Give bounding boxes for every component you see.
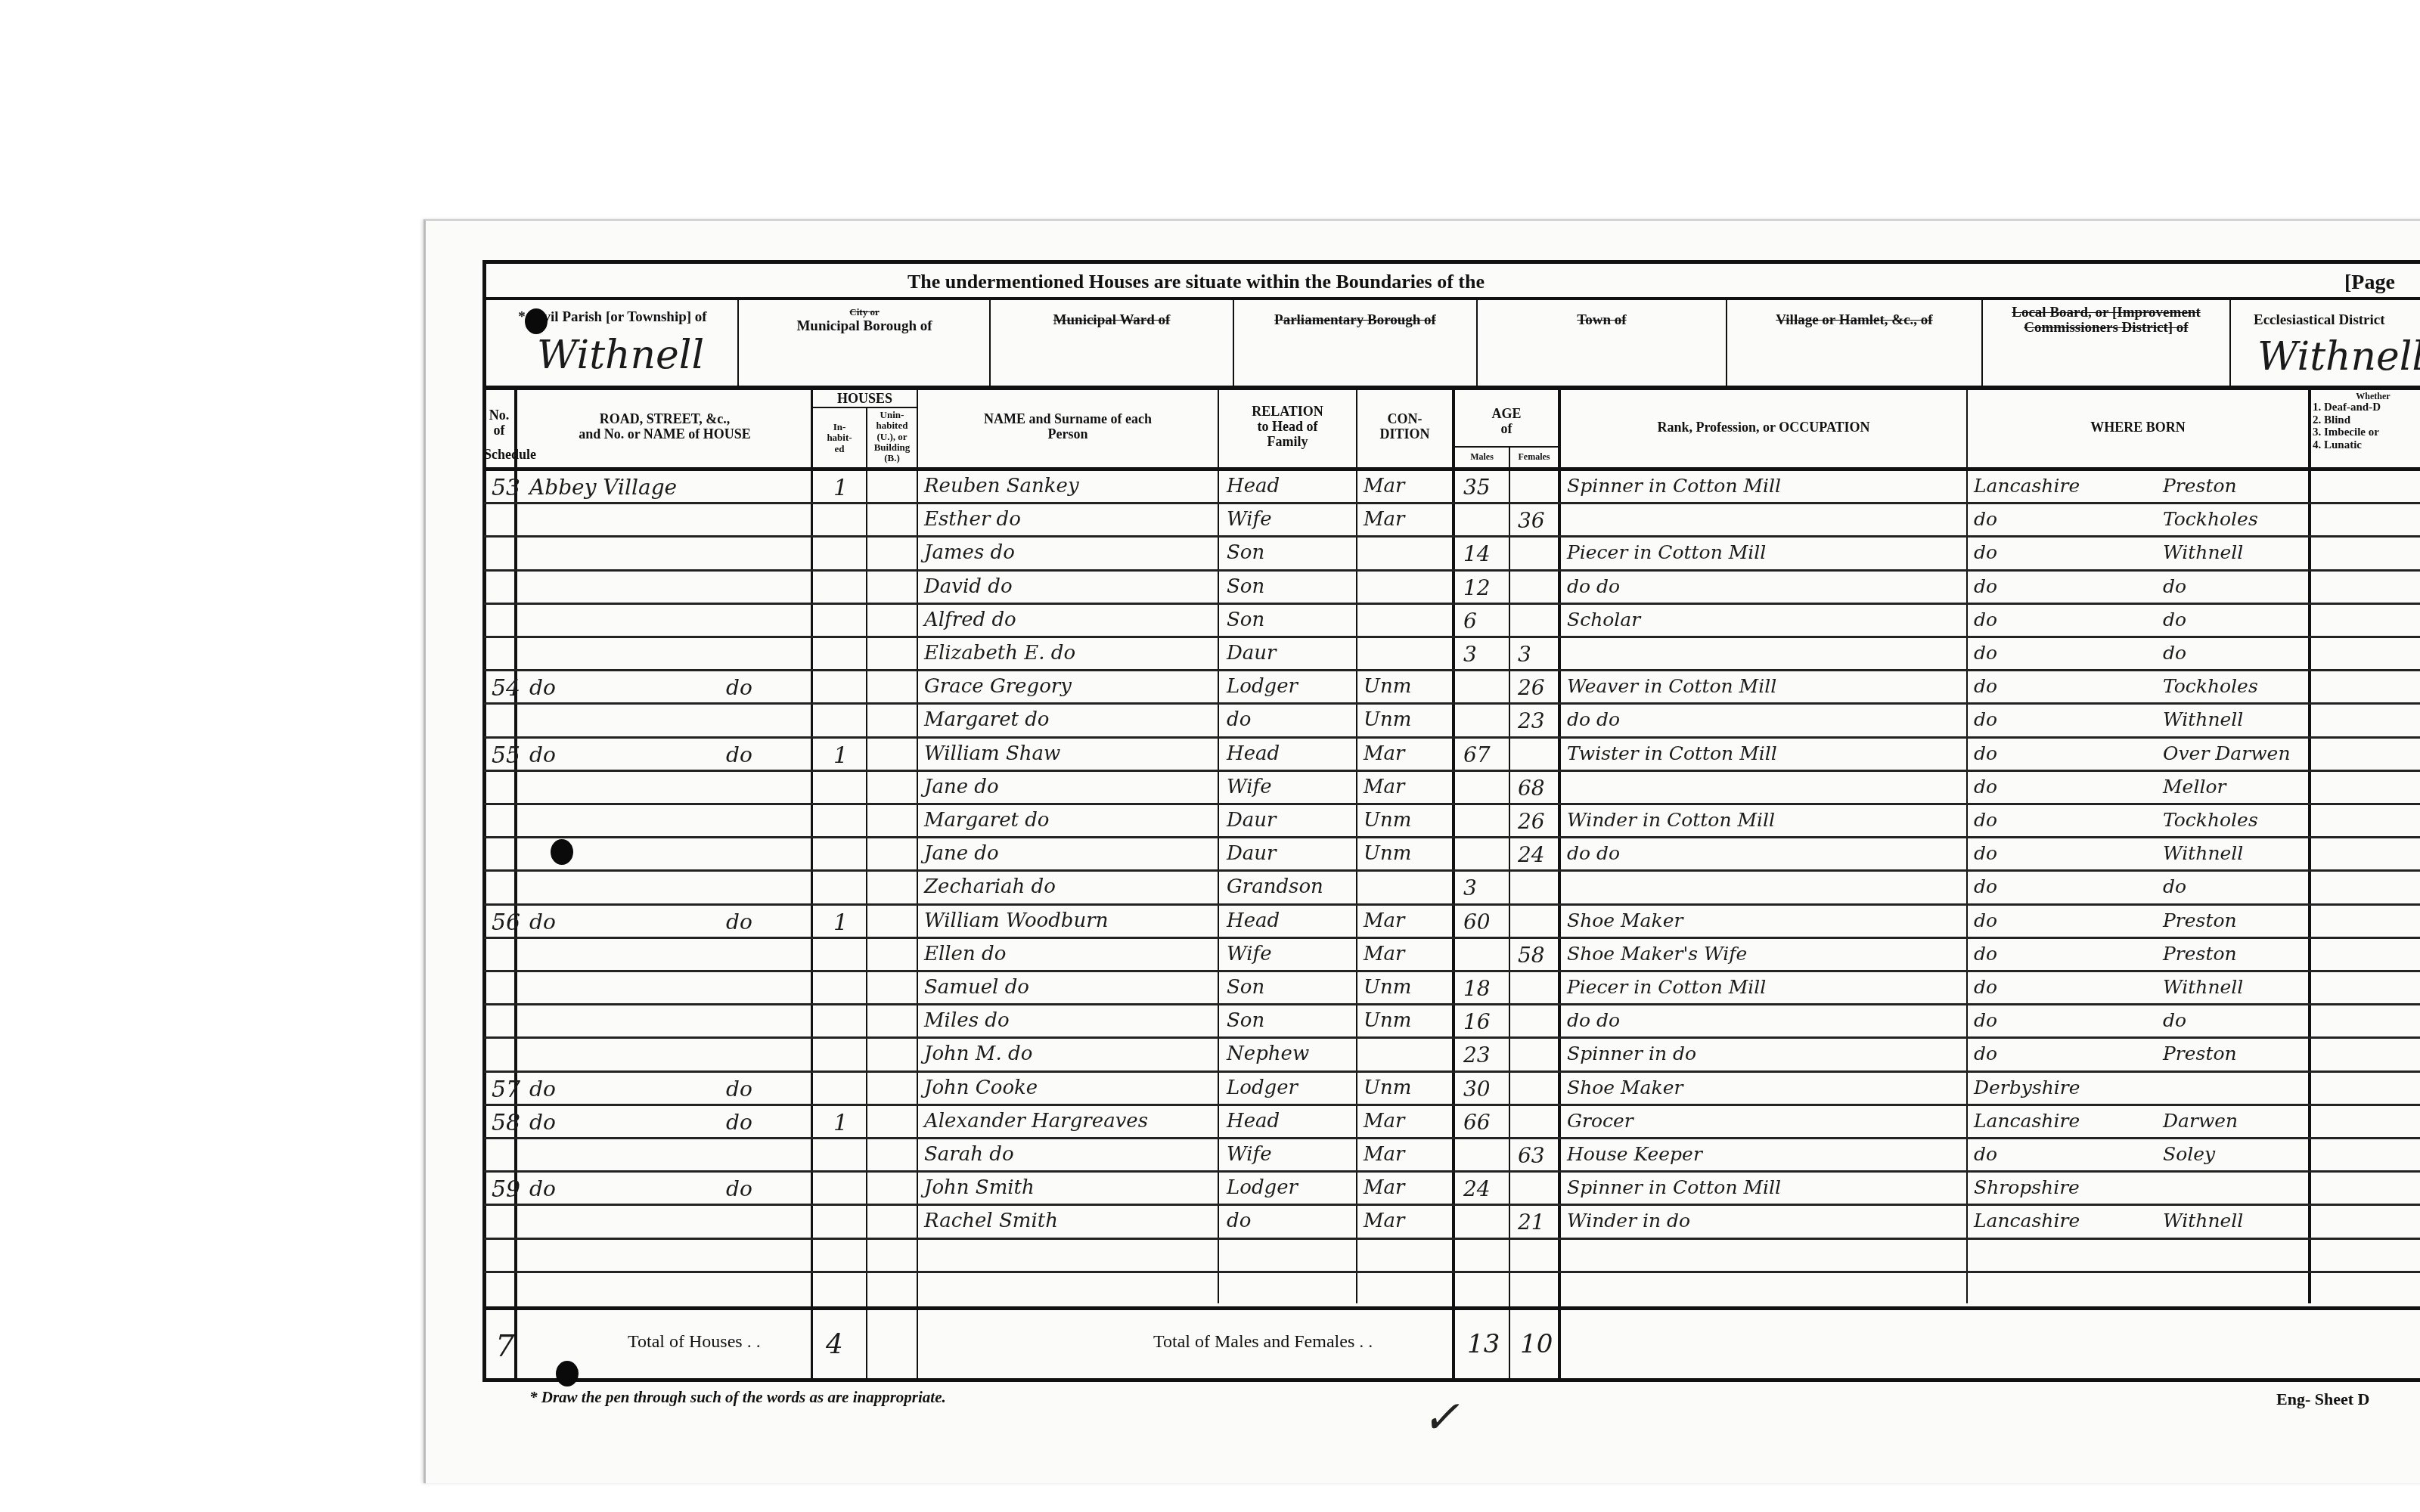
total-houses-value: 4 [826,1329,843,1360]
rule [482,1306,2420,1310]
cell-male-age: 3 [1463,642,1477,667]
cell-road: do [529,675,556,700]
cell-born-county: Shropshire [1974,1176,2080,1198]
cell-road: Abbey Village [529,475,677,500]
row-rule [484,869,2420,872]
cell-name: Jane do [924,842,999,865]
cell-schedule: 53 [492,475,520,501]
cell-name: Esther do [924,508,1021,531]
cell-occupation: do do [1567,575,1620,597]
col-schedule-header: No. ofSchedule [484,408,514,462]
row-rule [484,1238,2420,1240]
cell-male-age: 24 [1463,1176,1491,1201]
cell-born-county: do [1974,842,1997,864]
cell-road: do [529,909,556,934]
col-age-header: AGEof [1455,407,1558,437]
row-rule [484,603,2420,605]
cell-female-age: 63 [1518,1143,1545,1168]
cell-schedule: 59 [492,1176,520,1203]
cell-occupation: do do [1567,708,1620,730]
cell-condition: Unm [1364,976,1411,999]
boundary-ecclesiastical-label: Ecclesiastical District [2254,313,2420,328]
cell-born-county: do [1974,776,1997,798]
total-houses-label: Total of Houses . . [628,1332,761,1352]
col-uninhabited-header: Unin-habited(U.), orBuilding(B.) [867,410,917,463]
col-occupation-header: Rank, Profession, or OCCUPATION [1561,420,1966,435]
cell-occupation: Weaver in Cotton Mill [1567,675,1776,697]
cell-born-county: do [1974,541,1997,563]
cell-occupation: Spinner in do [1567,1043,1696,1064]
cell-condition: Mar [1364,1143,1405,1166]
cell-born-county: do [1974,1009,1997,1031]
cell-relation: Wife [1227,776,1272,798]
cell-born-place: Soley [2163,1143,2215,1165]
cell-inhabited: 1 [833,742,848,769]
cell-condition: Mar [1364,1210,1405,1232]
cell-male-age: 66 [1463,1110,1491,1135]
cell-condition: Unm [1364,675,1411,698]
cell-born-county: Derbyshire [1974,1077,2080,1098]
check-mark-icon: ✓ [1422,1391,1460,1444]
cell-male-age: 14 [1463,541,1491,566]
cell-condition: Unm [1364,708,1411,731]
row-rule [484,736,2420,739]
cell-relation: Son [1227,1009,1264,1032]
cell-male-age: 12 [1463,575,1491,600]
cell-condition: Unm [1364,842,1411,865]
cell-born-place: Preston [2163,475,2237,497]
cell-schedule: 57 [492,1077,520,1103]
ink-blot [556,1361,579,1387]
cell-name: Grace Gregory [924,675,1072,698]
cell-born-place: do [2163,642,2186,664]
row-rule [484,836,2420,838]
cell-male-age: 23 [1463,1043,1491,1067]
cell-born-county: do [1974,943,1997,965]
cell-born-place: do [2163,1009,2186,1031]
cell-name: Elizabeth E. do [924,642,1075,665]
cell-born-place: Tockholes [2163,809,2258,831]
cell-name: Ellen do [924,943,1006,965]
col-condition-header: CON-DITION [1357,412,1452,442]
cell-born-place: Withnell [2163,976,2243,998]
cell-road2: do [726,1110,752,1135]
cell-born-place: Preston [2163,943,2237,965]
cell-relation: Head [1227,909,1280,932]
cell-road2: do [726,675,752,700]
cell-name: James do [924,541,1015,564]
sheet-label: Eng- Sheet D [2276,1390,2369,1409]
cell-occupation: Winder in Cotton Mill [1567,809,1775,831]
cell-male-age: 67 [1463,742,1491,767]
cell-relation: Wife [1227,1143,1272,1166]
form-heading: The undermentioned Houses are situate wi… [907,271,1485,293]
rule [482,386,2420,390]
cell-occupation: do do [1567,1009,1620,1031]
cell-relation: Son [1227,976,1264,999]
cell-born-place: do [2163,575,2186,597]
row-rule [484,1204,2420,1206]
cell-name: Alfred do [924,609,1016,631]
cell-name: William Woodburn [924,909,1108,932]
cell-name: Reuben Sankey [924,475,1079,497]
row-rule [484,937,2420,939]
cell-born-county: Lancashire [1974,475,2080,497]
cell-road: do [529,1077,556,1101]
cell-condition: Mar [1364,508,1405,531]
cell-born-place: Mellor [2163,776,2226,798]
col-infirmity-header: Whether 1. Deaf-and-D2. Blind3. Imbecile… [2313,392,2420,451]
cell-inhabited: 1 [833,475,848,501]
row-rule [484,1070,2420,1073]
cell-female-age: 68 [1518,776,1545,801]
cell-born-county: do [1974,708,1997,730]
cell-male-age: 6 [1463,609,1477,634]
cell-inhabited: 1 [833,1110,848,1136]
cell-female-age: 24 [1518,842,1545,867]
cell-relation: Grandson [1227,875,1323,898]
col-houses-header: HOUSES [813,392,917,407]
cell-condition: Unm [1364,1009,1411,1032]
col-inhabited-header: In-habit-ed [813,422,866,454]
rule [482,467,2420,471]
cell-occupation: House Keeper [1567,1143,1702,1165]
cell-occupation: Shoe Maker [1567,909,1683,931]
cell-born-county: do [1974,976,1997,998]
rule [482,297,2420,300]
total-persons-label: Total of Males and Females . . [1153,1332,1373,1352]
row-rule [484,770,2420,772]
cell-relation: Daur [1227,642,1277,665]
row-rule [484,903,2420,906]
cell-name: Samuel do [924,976,1029,999]
cell-born-county: do [1974,809,1997,831]
cell-relation: Lodger [1227,1077,1298,1099]
ink-blot [551,839,573,865]
cell-female-age: 36 [1518,508,1545,533]
cell-male-age: 30 [1463,1077,1491,1101]
cell-male-age: 18 [1463,976,1491,1001]
cell-born-county: do [1974,508,1997,530]
row-rule [484,1003,2420,1005]
cell-relation: Head [1227,475,1280,497]
cell-condition: Mar [1364,943,1405,965]
cell-born-county: do [1974,642,1997,664]
cell-name: Zechariah do [924,875,1056,898]
cell-name: Sarah do [924,1143,1014,1166]
cell-name: Rachel Smith [924,1210,1058,1232]
row-rule [484,535,2420,538]
col-road-header: ROAD, STREET, &c.,and No. or NAME of HOU… [519,412,811,442]
cell-born-county: do [1974,875,1997,897]
boundary-village-label: Village or Hamlet, &c., of [1727,313,1981,328]
cell-road2: do [726,742,752,767]
row-rule [484,502,2420,504]
cell-born-place: Withnell [2163,1210,2243,1232]
cell-born-county: do [1974,609,1997,631]
cell-name: David do [924,575,1013,598]
cell-relation: Lodger [1227,1176,1298,1199]
cell-born-place: Withnell [2163,541,2243,563]
cell-condition: Unm [1364,1077,1411,1099]
cell-relation: Son [1227,575,1264,598]
row-rule [484,1170,2420,1173]
boundary-parliamentary-label: Parliamentary Borough of [1234,313,1476,328]
total-females: 10 [1520,1329,1553,1359]
cell-born-place: Over Darwen [2163,742,2291,764]
row-rule [484,569,2420,572]
total-males: 13 [1467,1329,1500,1359]
row-rule [484,1036,2420,1039]
boundary-town-label: Town of [1478,313,1726,328]
cell-born-county: do [1974,575,1997,597]
cell-name: John Cooke [924,1077,1038,1099]
cell-road: do [529,1176,556,1201]
cell-name: John M. do [924,1043,1032,1065]
cell-female-age: 26 [1518,809,1545,834]
cell-female-age: 23 [1518,708,1545,733]
total-schedules: 7 [495,1329,514,1364]
cell-condition: Mar [1364,1110,1405,1132]
cell-relation: Head [1227,1110,1280,1132]
row-rule [484,803,2420,805]
boundary-local-board-label: Local Board, or [ImprovementCommissioner… [1983,305,2229,336]
cell-occupation: Piecer in Cotton Mill [1567,541,1766,563]
cell-occupation: Winder in do [1567,1210,1690,1232]
cell-relation: Daur [1227,842,1277,865]
cell-occupation: do do [1567,842,1620,864]
cell-occupation: Spinner in Cotton Mill [1567,1176,1781,1198]
cell-road: do [529,742,556,767]
cell-road2: do [726,909,752,934]
cell-name: William Shaw [924,742,1060,765]
row-rule [484,1104,2420,1106]
cell-relation: do [1227,708,1251,731]
cell-born-place: do [2163,609,2186,631]
footnote: * Draw the pen through such of the words… [529,1388,946,1407]
cell-condition: Mar [1364,909,1405,932]
row-rule [484,636,2420,638]
boundary-ecclesiastical-value: Withnell [2257,334,2420,380]
cell-occupation: Scholar [1567,609,1640,631]
cell-condition: Mar [1364,742,1405,765]
cell-relation: Lodger [1227,675,1298,698]
row-rule [484,669,2420,671]
cell-born-place: do [2163,875,2186,897]
cell-born-county: Lancashire [1974,1110,2080,1132]
cell-occupation: Shoe Maker [1567,1077,1683,1098]
cell-relation: Nephew [1227,1043,1309,1065]
cell-condition: Mar [1364,776,1405,798]
cell-name: Miles do [924,1009,1010,1032]
cell-male-age: 35 [1463,475,1491,500]
col-name-header: NAME and Surname of eachPerson [918,412,1218,442]
cell-born-place: Withnell [2163,842,2243,864]
cell-road2: do [726,1077,752,1101]
col-relation-header: RELATIONto Head ofFamily [1219,404,1356,449]
cell-born-place: Preston [2163,1043,2237,1064]
cell-born-place: Withnell [2163,708,2243,730]
cell-schedule: 56 [492,909,520,936]
cell-born-place: Darwen [2163,1110,2238,1132]
cell-schedule: 54 [492,675,520,702]
cell-female-age: 26 [1518,675,1545,700]
cell-name: Margaret do [924,809,1050,832]
page-label: [Page [2344,271,2395,295]
cell-born-county: do [1974,742,1997,764]
cell-name: John Smith [924,1176,1035,1199]
cell-occupation: Shoe Maker's Wife [1567,943,1747,965]
boundary-municipal-borough-label: City orMunicipal Borough of [740,304,989,334]
cell-condition: Mar [1364,475,1405,497]
cell-road: do [529,1110,556,1135]
cell-occupation: Spinner in Cotton Mill [1567,475,1781,497]
cell-born-county: do [1974,1143,1997,1165]
cell-occupation: Grocer [1567,1110,1633,1132]
cell-occupation: Piecer in Cotton Mill [1567,976,1766,998]
cell-relation: Son [1227,609,1264,631]
cell-condition: Unm [1364,809,1411,832]
cell-name: Jane do [924,776,999,798]
col-females-header: Females [1510,452,1558,462]
row-rule [484,702,2420,705]
cell-road2: do [726,1176,752,1201]
cell-born-place: Tockholes [2163,508,2258,530]
cell-relation: Head [1227,742,1280,765]
cell-schedule: 58 [492,1110,520,1136]
cell-born-place: Tockholes [2163,675,2258,697]
row-rule [484,1271,2420,1273]
cell-occupation: Twister in Cotton Mill [1567,742,1777,764]
cell-male-age: 60 [1463,909,1491,934]
cell-relation: Daur [1227,809,1277,832]
boundary-parish-value: Withnell [537,333,704,378]
cell-born-county: do [1974,675,1997,697]
boundary-ward-label: Municipal Ward of [991,313,1233,328]
cell-female-age: 21 [1518,1210,1545,1235]
cell-born-place: Preston [2163,909,2237,931]
row-rule [484,970,2420,972]
cell-inhabited: 1 [833,909,848,936]
cell-female-age: 3 [1518,642,1531,667]
cell-male-age: 3 [1463,875,1477,900]
col-males-header: Males [1455,452,1509,462]
cell-born-county: Lancashire [1974,1210,2080,1232]
col-where-born-header: WHERE BORN [1968,420,2308,435]
cell-female-age: 58 [1518,943,1545,968]
cell-relation: Son [1227,541,1264,564]
cell-relation: Wife [1227,508,1272,531]
cell-born-county: do [1974,909,1997,931]
cell-name: Margaret do [924,708,1050,731]
cell-relation: Wife [1227,943,1272,965]
ink-blot [525,308,548,334]
row-rule [484,1137,2420,1139]
cell-born-county: do [1974,1043,1997,1064]
cell-name: Alexander Hargreaves [924,1110,1148,1132]
cell-male-age: 16 [1463,1009,1491,1034]
cell-schedule: 55 [492,742,520,769]
cell-condition: Mar [1364,1176,1405,1199]
cell-relation: do [1227,1210,1251,1232]
